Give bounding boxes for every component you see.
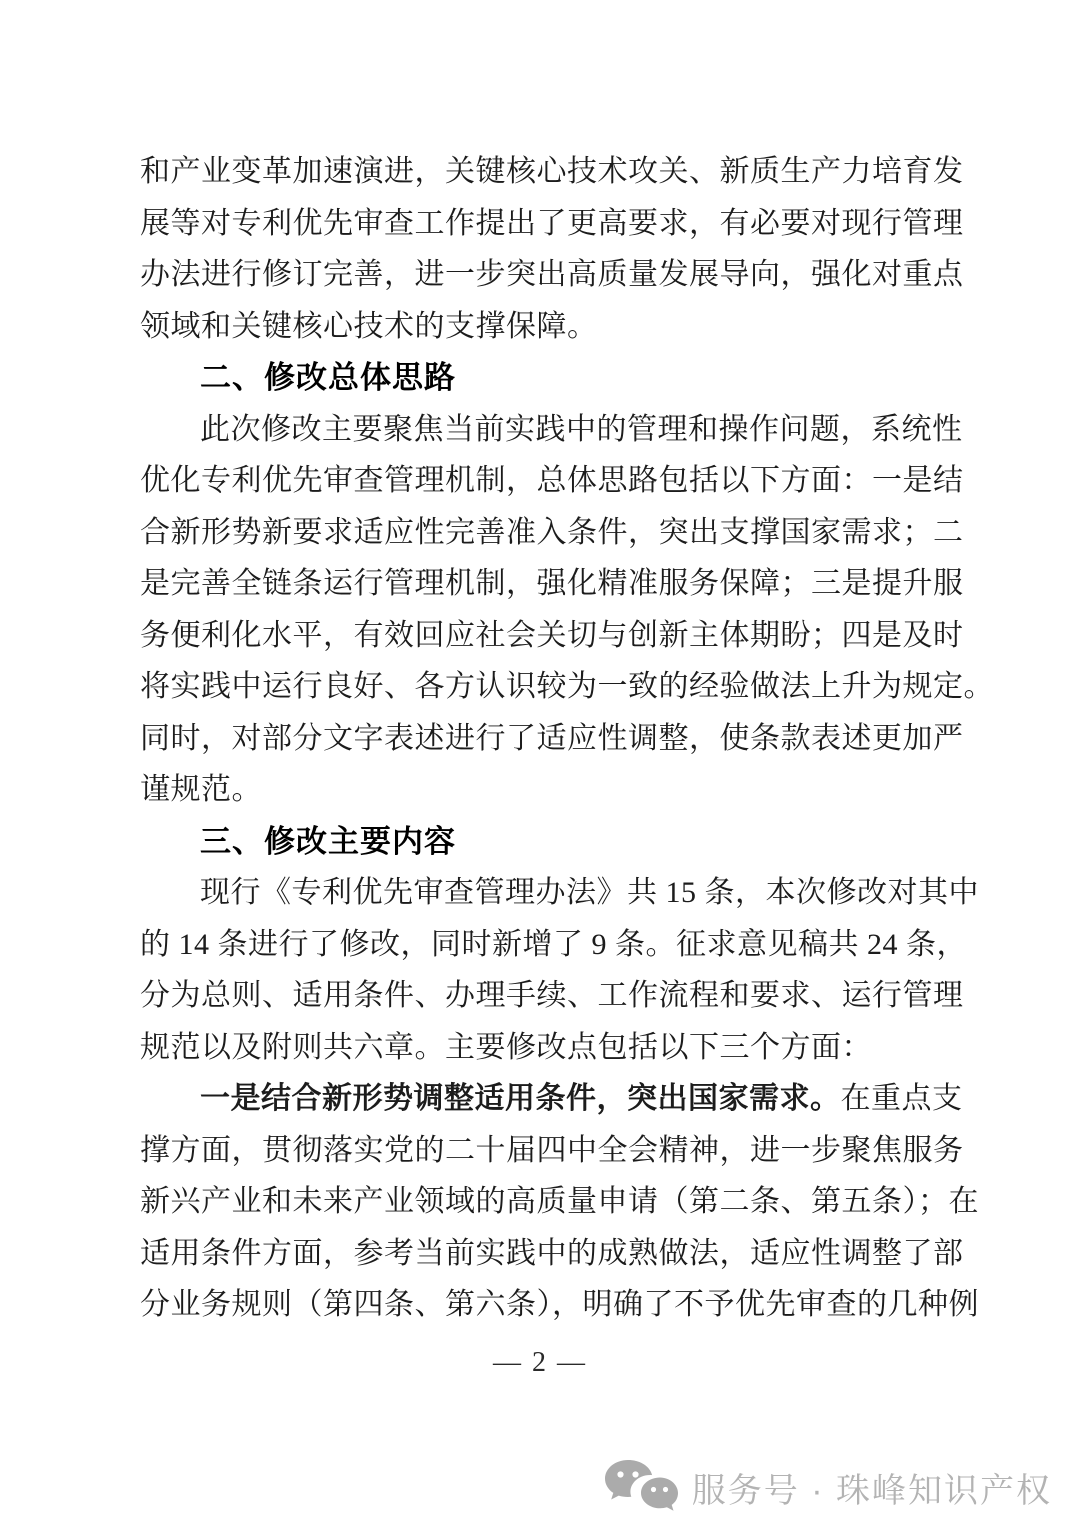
wechat-icon: [604, 1458, 678, 1516]
text-line: 领域和关键核心技术的支撑保障。: [140, 301, 940, 353]
text-line: 同时，对部分文字表述进行了适应性调整，使条款表述更加严: [140, 713, 940, 765]
section-heading: 二、修改总体思路: [140, 352, 940, 404]
text-line: 现行《专利优先审查管理办法》共 15 条，本次修改对其中: [140, 867, 940, 919]
text-line: 谨规范。: [140, 764, 940, 816]
bold-lead-text: 一是结合新形势调整适用条件，突出国家需求。: [200, 1082, 841, 1115]
text-line: 和产业变革加速演进，关键核心技术攻关、新质生产力培育发: [140, 146, 940, 198]
text-line: 撑方面，贯彻落实党的二十届四中全会精神，进一步聚焦服务: [140, 1125, 940, 1177]
body-text: 在重点支: [841, 1082, 963, 1115]
document-page: 和产业变革加速演进，关键核心技术攻关、新质生产力培育发展等对专利优先审查工作提出…: [0, 0, 1080, 1527]
text-line: 一是结合新形势调整适用条件，突出国家需求。在重点支: [140, 1073, 940, 1125]
text-line: 规范以及附则共六章。主要修改点包括以下三个方面：: [140, 1022, 940, 1074]
text-line: 新兴产业和未来产业领域的高质量申请（第二条、第五条）；在: [140, 1176, 940, 1228]
text-line: 将实践中运行良好、各方认识较为一致的经验做法上升为规定。: [140, 661, 940, 713]
page-number: — 2 —: [140, 1347, 940, 1379]
text-line: 优化专利优先审查管理机制，总体思路包括以下方面：一是结: [140, 455, 940, 507]
watermark-label: 服务号 · 珠峰知识产权: [692, 1463, 1052, 1512]
text-line: 的 14 条进行了修改，同时新增了 9 条。征求意见稿共 24 条，: [140, 919, 940, 971]
watermark: 服务号 · 珠峰知识产权: [604, 1458, 1052, 1516]
document-body: 和产业变革加速演进，关键核心技术攻关、新质生产力培育发展等对专利优先审查工作提出…: [140, 146, 940, 1379]
text-line: 此次修改主要聚焦当前实践中的管理和操作问题，系统性: [140, 404, 940, 456]
text-line: 展等对专利优先审查工作提出了更高要求，有必要对现行管理: [140, 198, 940, 250]
text-line: 合新形势新要求适应性完善准入条件，突出支撑国家需求；二: [140, 507, 940, 559]
text-line: 适用条件方面，参考当前实践中的成熟做法，适应性调整了部: [140, 1228, 940, 1280]
text-line: 分为总则、适用条件、办理手续、工作流程和要求、运行管理: [140, 970, 940, 1022]
text-line: 分业务规则（第四条、第六条），明确了不予优先审查的几种例: [140, 1279, 940, 1331]
section-heading: 三、修改主要内容: [140, 816, 940, 868]
text-line: 务便利化水平，有效回应社会关切与创新主体期盼；四是及时: [140, 610, 940, 662]
text-line: 是完善全链条运行管理机制，强化精准服务保障；三是提升服: [140, 558, 940, 610]
text-line: 办法进行修订完善，进一步突出高质量发展导向，强化对重点: [140, 249, 940, 301]
